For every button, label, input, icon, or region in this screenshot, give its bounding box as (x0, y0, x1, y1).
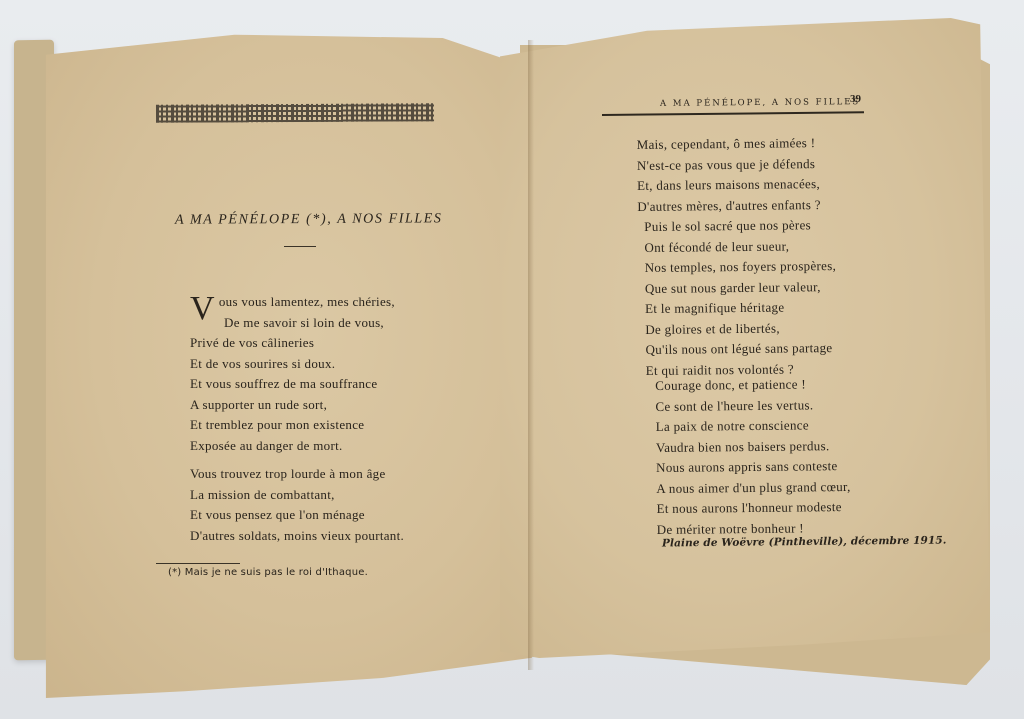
right-stanza-1: Mais, cependant, ô mes aimées ! N'est-ce… (637, 133, 821, 217)
verse-line: N'est-ce pas vous que je défends (637, 154, 821, 176)
verse-line: A nous aimer d'un plus grand cœur, (656, 476, 851, 499)
running-head: A MA PÉNÉLOPE, A NOS FILLES (660, 97, 860, 109)
verse-line: Et tremblez pour mon existence (190, 415, 384, 436)
verse-line: Nous aurons appris sans conteste (656, 456, 851, 479)
verse-line: Ont fécondé de leur sueur, (644, 236, 836, 259)
verse-line: De gloires et de libertés, (645, 317, 837, 340)
dropcap: V (190, 294, 215, 324)
footnote: (*) Mais je ne suis pas le roi d'Ithaque… (168, 567, 368, 578)
verse-line: Ce sont de l'heure les vertus. (655, 394, 850, 417)
verse-line: Nos temples, nos foyers prospères, (645, 256, 837, 279)
verse-line: Puis le sol sacré que nos pères (644, 215, 836, 238)
verse-line: Et, dans leurs maisons menacées, (637, 174, 821, 196)
left-stanza-1: V ous vous lamentez, mes chéries, De me … (190, 292, 384, 456)
verse-line: Et vous souffrez de ma souffrance (190, 374, 384, 395)
verse-line: Et le magnifique héritage (645, 297, 837, 320)
verse-line: Et de vos sourires si doux. (190, 354, 384, 375)
verse-line: Qu'ils nous ont légué sans partage (645, 338, 837, 361)
verse-line: Et nous aurons l'honneur modeste (656, 497, 851, 520)
verse-line: Et vous pensez que l'on ménage (190, 505, 404, 526)
verse-line: Vous trouvez trop lourde à mon âge (190, 464, 404, 485)
left-stanza-2: Vous trouvez trop lourde à mon âge La mi… (190, 464, 404, 546)
verse-line: Privé de vos câlineries (190, 333, 384, 354)
verse-line: Courage donc, et patience ! (655, 374, 850, 397)
title-divider (284, 246, 316, 247)
verse-line: A supporter un rude sort, (190, 395, 384, 416)
verse-line: La mission de combattant, (190, 485, 404, 506)
verse-line: Que sut nous garder leur valeur, (645, 276, 837, 299)
verse-line: D'autres mères, d'autres enfants ? (637, 195, 821, 217)
page-number: 39 (850, 93, 861, 105)
verse-line: Vaudra bien nos baisers perdus. (656, 435, 851, 458)
verse-line: De me savoir si loin de vous, (190, 313, 384, 334)
verse-line: Mais, cependant, ô mes aimées ! (637, 133, 821, 155)
verse-line: Exposée au danger de mort. (190, 436, 384, 457)
book-gutter (528, 40, 534, 670)
right-stanza-3: Courage donc, et patience ! Ce sont de l… (655, 374, 851, 540)
verse-line: La paix de notre conscience (656, 415, 851, 438)
footnote-divider (156, 563, 240, 564)
poem-title: A MA PÉNÉLOPE (*), A NOS FILLES (175, 211, 443, 228)
floral-band-ornament-icon (156, 103, 434, 122)
verse-line: ous vous lamentez, mes chéries, (190, 292, 384, 313)
verse-line: D'autres soldats, moins vieux pourtant. (190, 526, 404, 547)
right-stanza-2: Puis le sol sacré que nos pères Ont féco… (644, 215, 837, 381)
